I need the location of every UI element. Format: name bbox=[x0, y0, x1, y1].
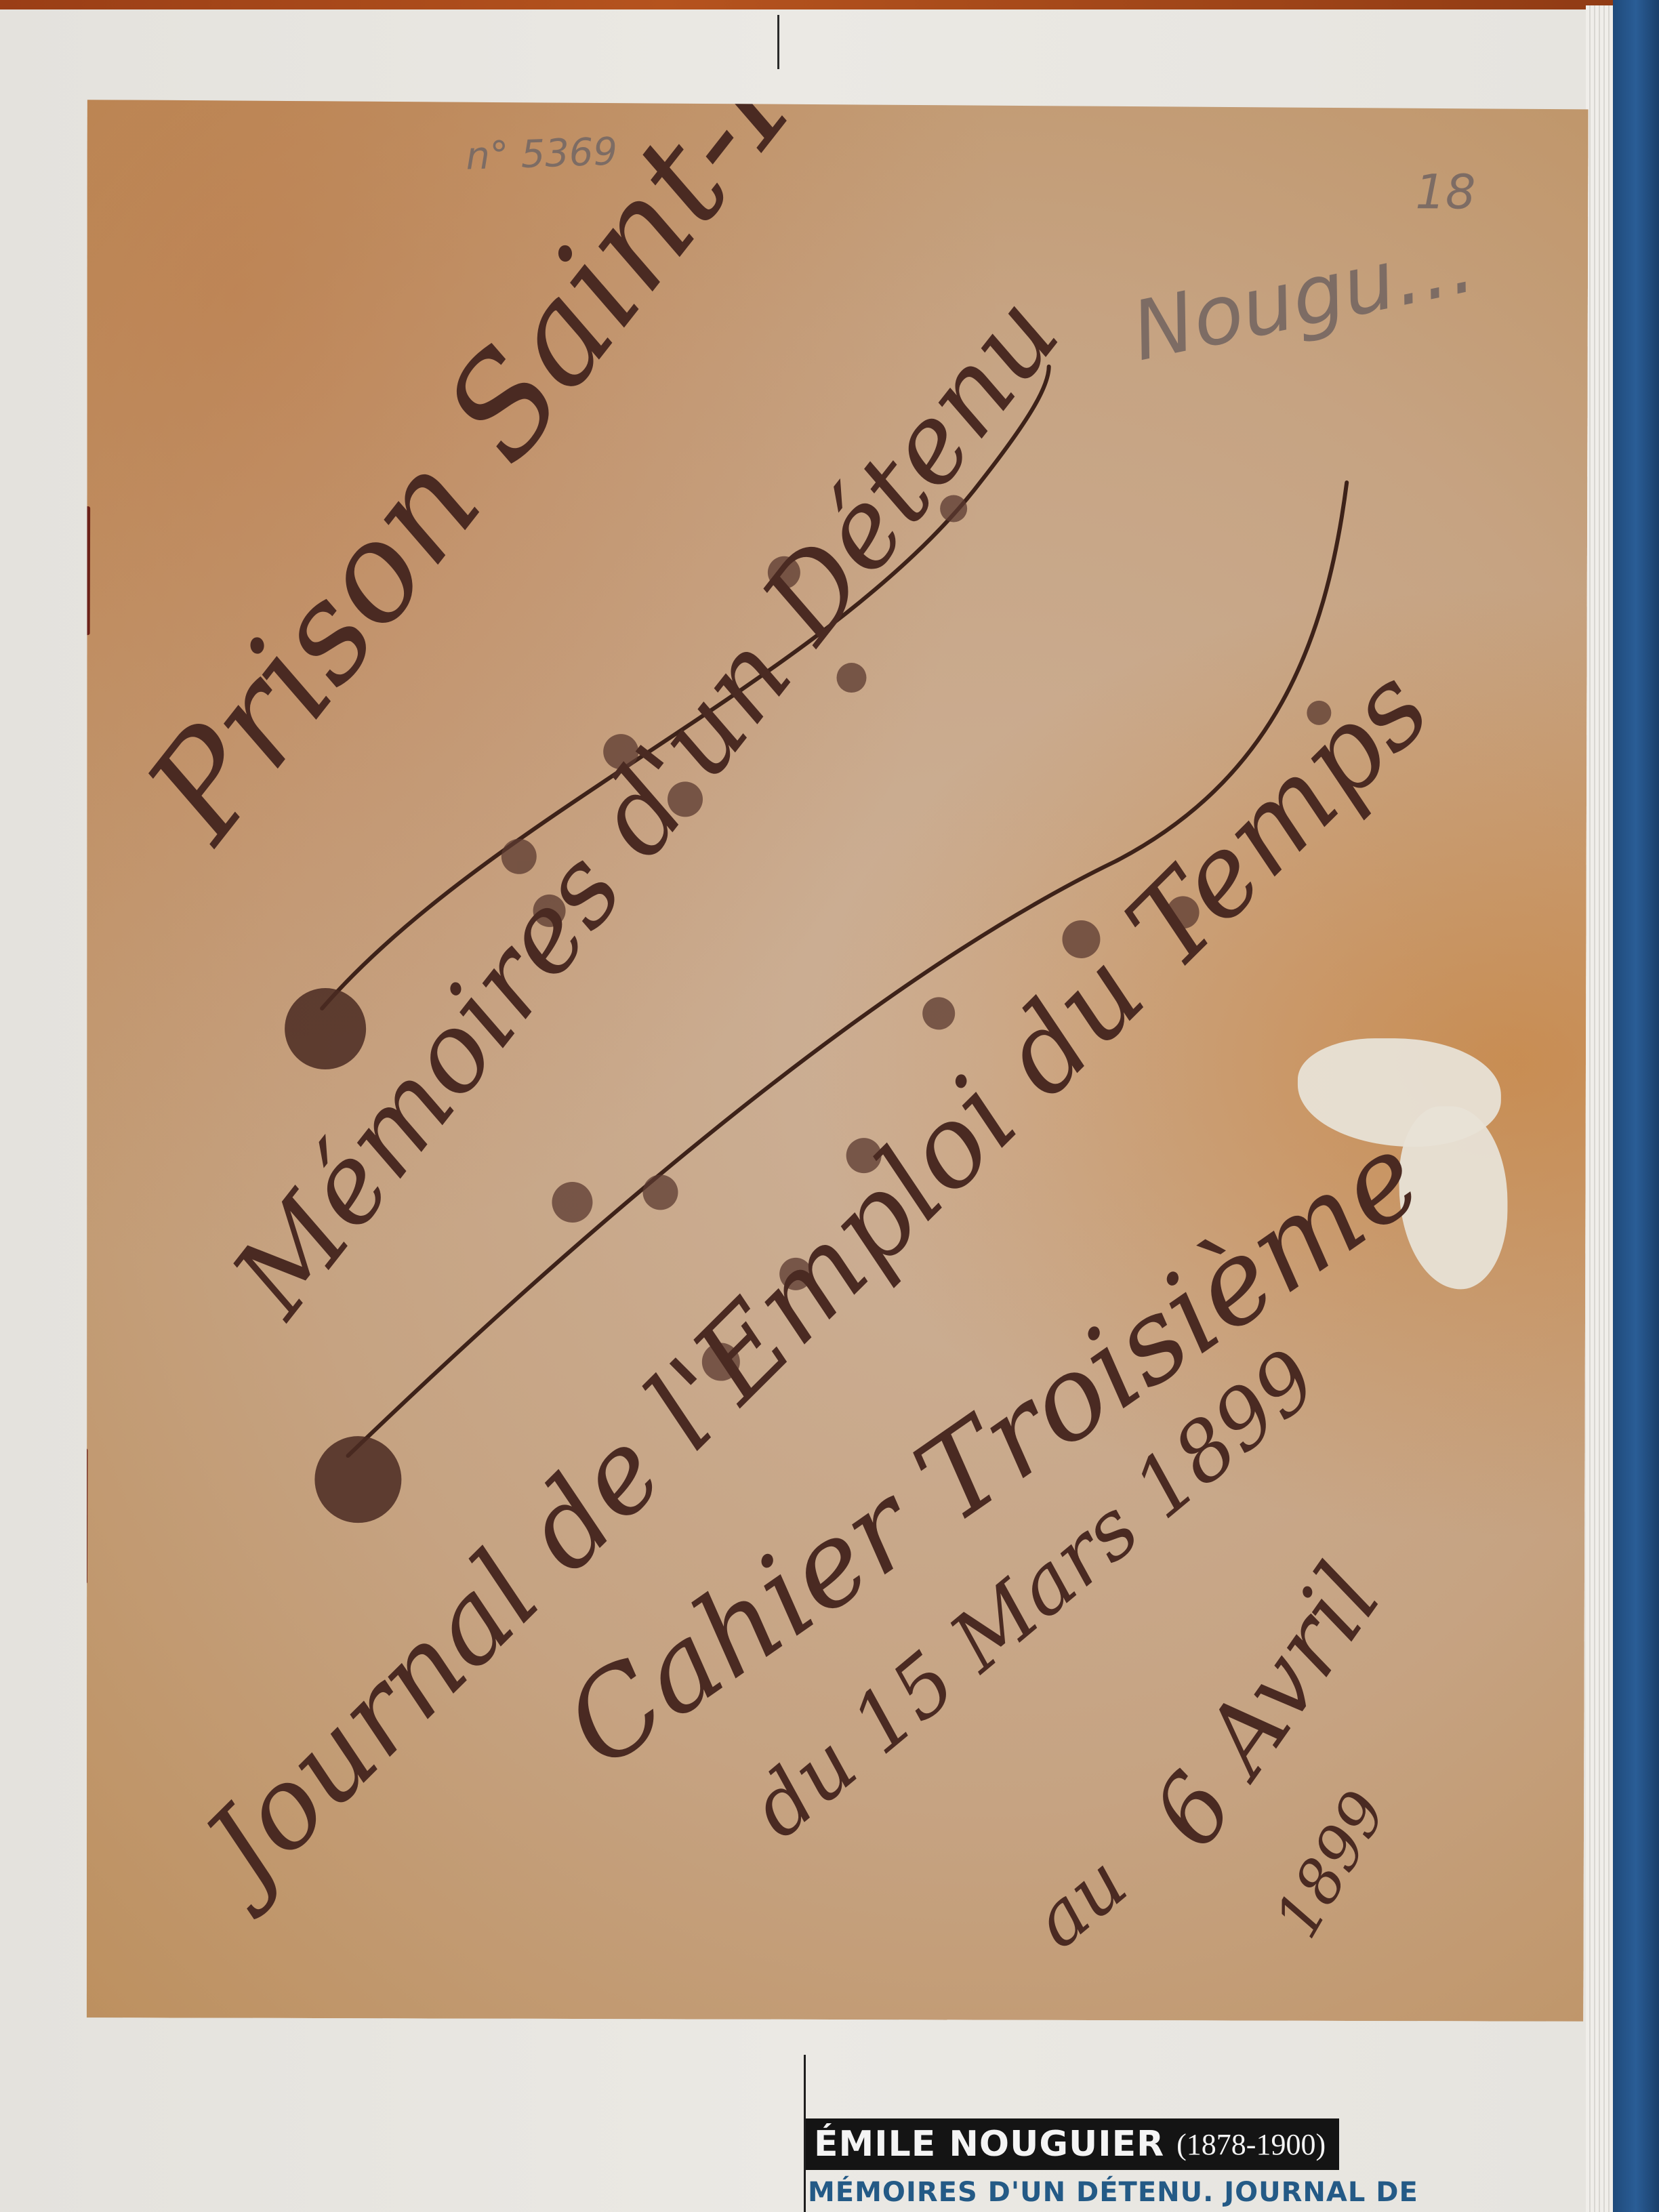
caption-author: ÉMILE NOUGUIER bbox=[814, 2124, 1164, 2165]
book-cover-band bbox=[1613, 0, 1659, 2212]
booklet-cover: n° 5369 18 Nougu… Prison Saint-Paul Mémo… bbox=[82, 100, 1588, 2022]
table-surface bbox=[0, 0, 1659, 9]
page-edges bbox=[1586, 5, 1613, 2212]
caption-subtitle: MÉMOIRES D'UN DÉTENU. JOURNAL DE bbox=[808, 2177, 1418, 2208]
crop-mark-top bbox=[777, 15, 779, 69]
caption-years: (1878-1900) bbox=[1176, 2127, 1326, 2162]
caption-title-bar: ÉMILE NOUGUIER (1878-1900) bbox=[806, 2118, 1339, 2170]
folio-number: 18 bbox=[1415, 164, 1475, 220]
